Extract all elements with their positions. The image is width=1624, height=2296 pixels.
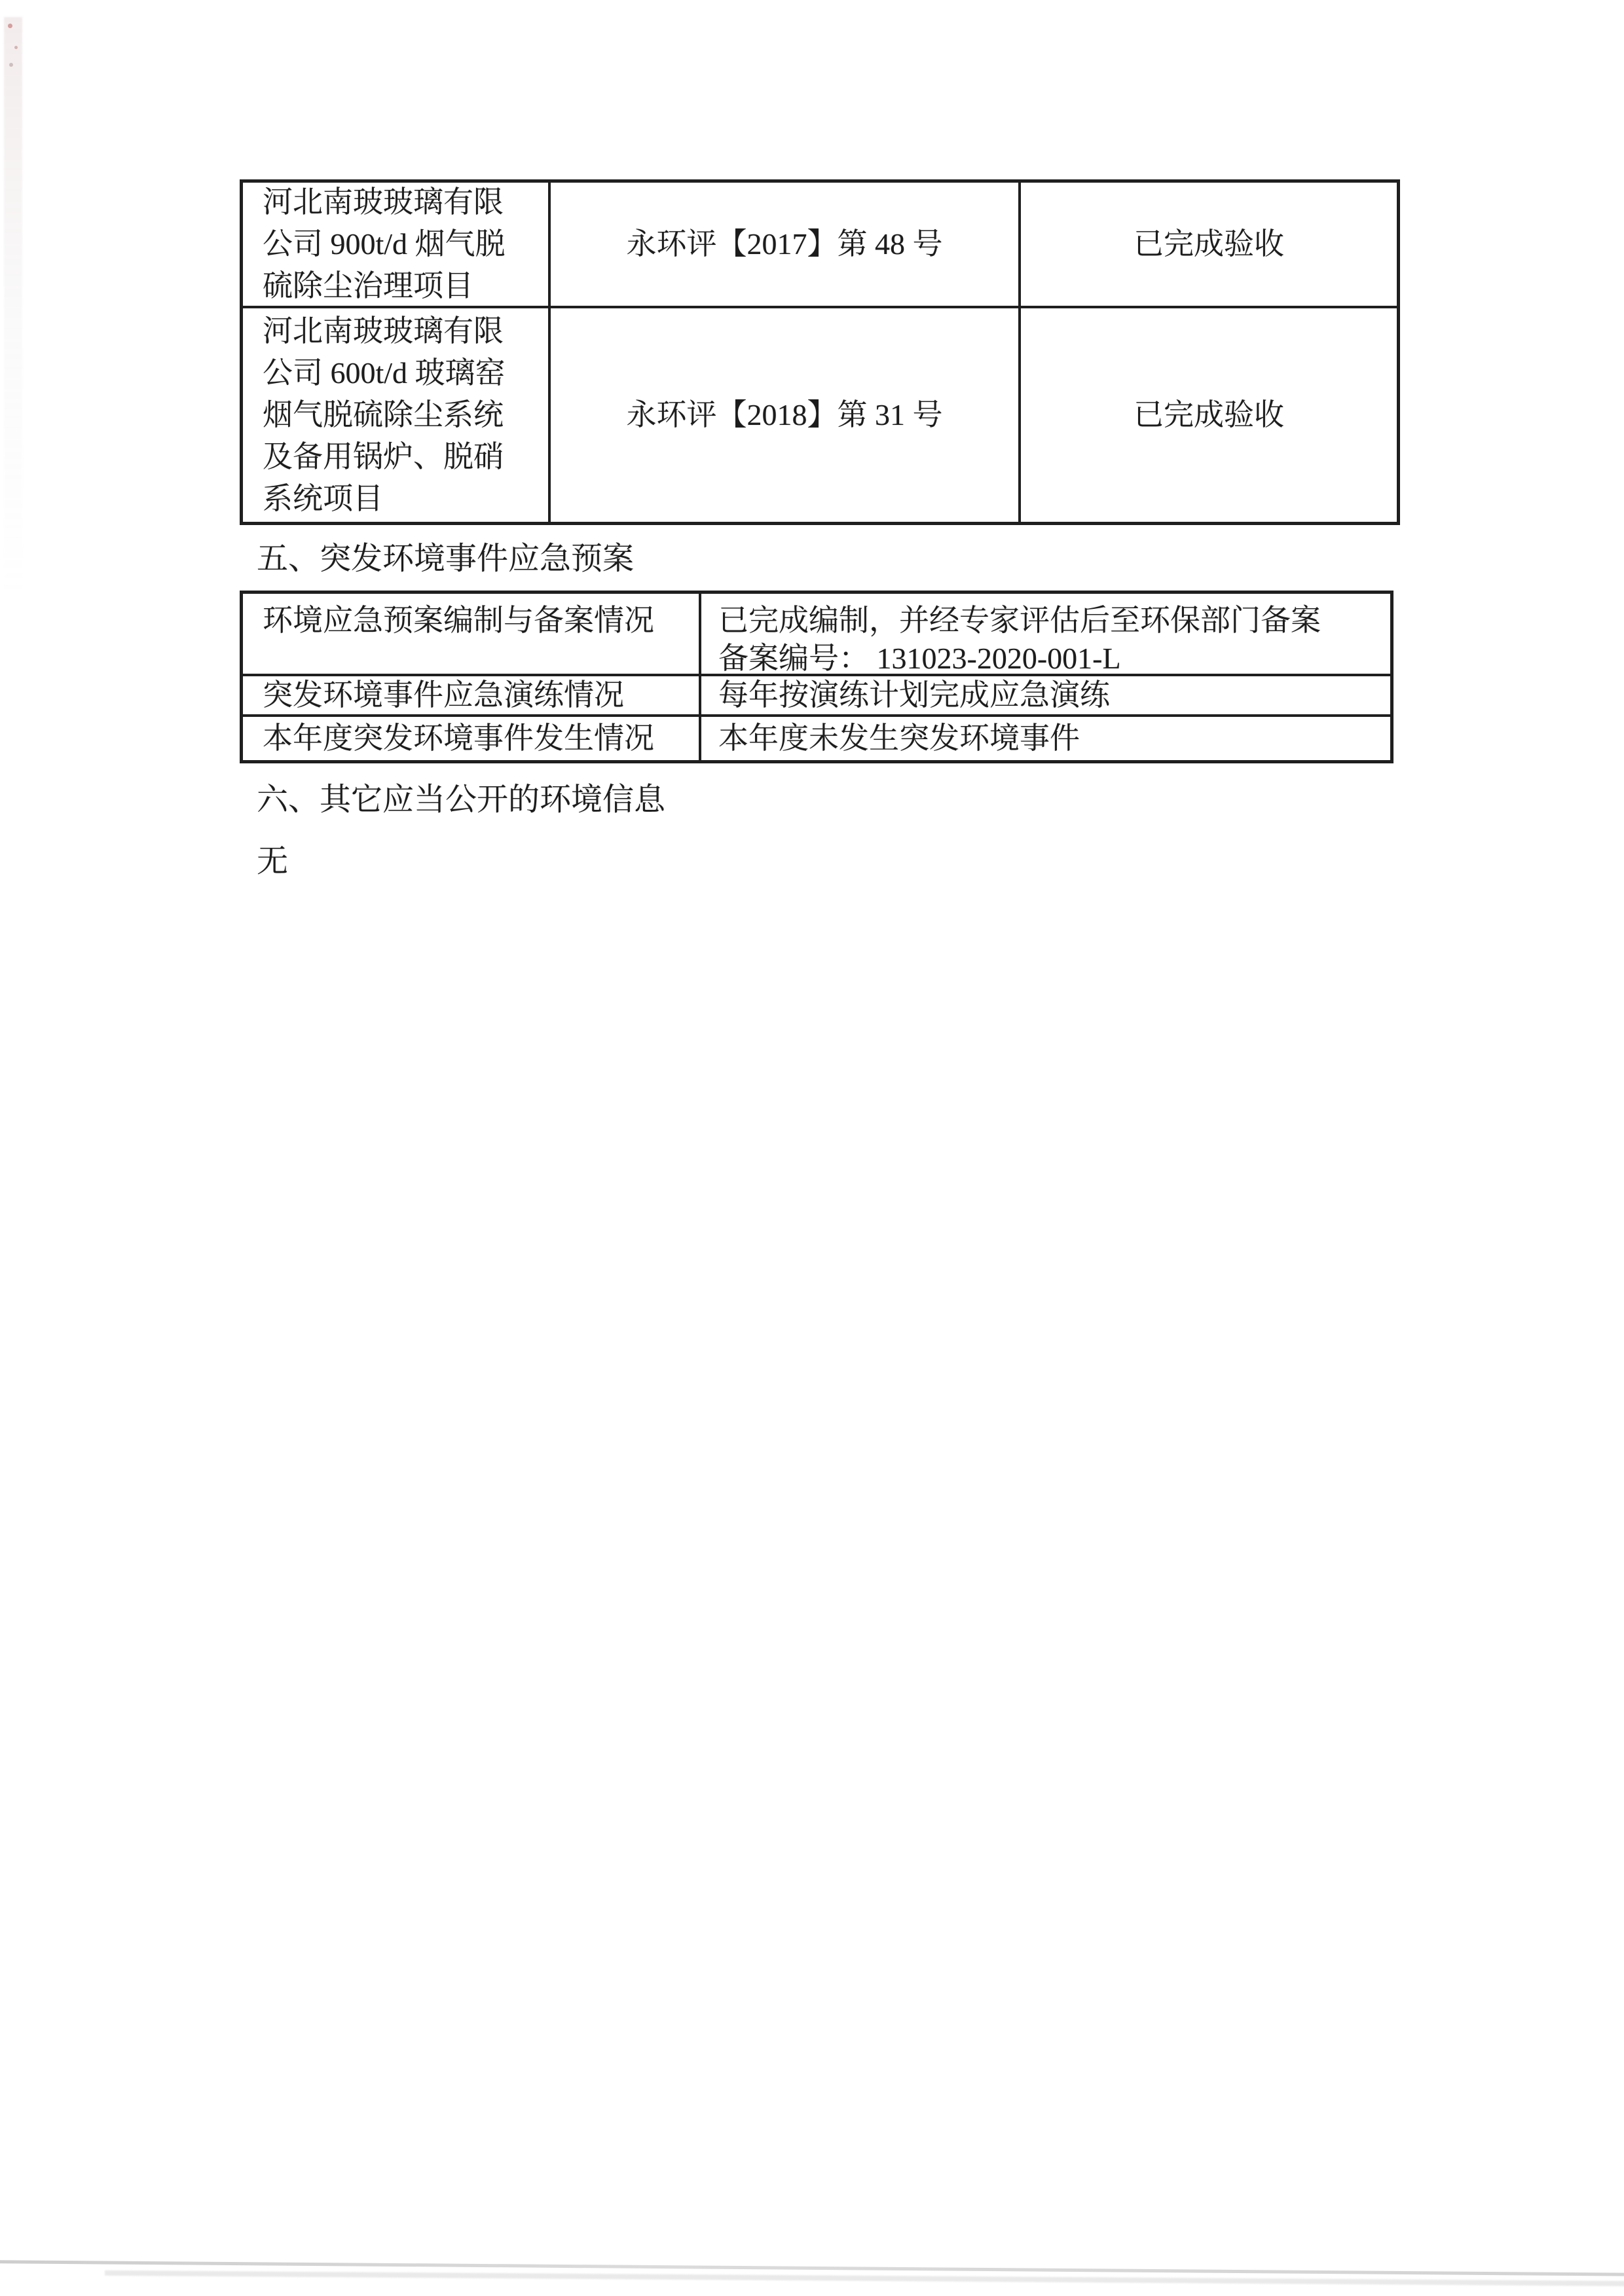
emergency-value-line: 已完成编制，并经专家评估后至环保部门备案	[718, 602, 1390, 640]
emergency-row-value: 已完成编制，并经专家评估后至环保部门备案 备案编号： 131023-2020-0…	[701, 594, 1390, 676]
document-page: 河北南玻玻璃有限公司 900t/d 烟气脱硫除尘治理项目 永环评【2017】第 …	[0, 0, 1624, 2296]
project-name-text: 河北南玻玻璃有限公司 600t/d 玻璃窑烟气脱硫除尘系统及备用锅炉、脱硝系统项…	[263, 310, 507, 520]
scan-speck	[8, 24, 12, 28]
project-approval-table: 河北南玻玻璃有限公司 900t/d 烟气脱硫除尘治理项目 永环评【2017】第 …	[240, 179, 1400, 525]
scan-speck	[14, 46, 18, 49]
emergency-row-label: 环境应急预案编制与备案情况	[243, 594, 701, 676]
project-name-text: 河北南玻玻璃有限公司 900t/d 烟气脱硫除尘治理项目	[263, 181, 507, 307]
approval-number-cell: 永环评【2018】第 31 号	[551, 308, 1021, 522]
acceptance-status-cell: 已完成验收	[1021, 183, 1397, 308]
acceptance-status-cell: 已完成验收	[1021, 308, 1397, 522]
approval-number-cell: 永环评【2017】第 48 号	[551, 183, 1021, 308]
emergency-row-value: 每年按演练计划完成应急演练	[701, 676, 1390, 717]
emergency-row-label: 本年度突发环境事件发生情况	[243, 717, 701, 760]
section-five-heading: 五、突发环境事件应急预案	[257, 541, 634, 577]
emergency-value-line: 备案编号： 131023-2020-001-L	[718, 640, 1390, 678]
project-name-cell: 河北南玻玻璃有限公司 600t/d 玻璃窑烟气脱硫除尘系统及备用锅炉、脱硝系统项…	[243, 308, 551, 522]
emergency-row-label: 突发环境事件应急演练情况	[243, 676, 701, 717]
scan-speck	[9, 63, 13, 67]
emergency-plan-table: 环境应急预案编制与备案情况 已完成编制，并经专家评估后至环保部门备案 备案编号：…	[240, 591, 1393, 763]
section-six-content: 无	[257, 843, 288, 880]
scan-edge-noise	[4, 17, 22, 593]
emergency-row-value: 本年度未发生突发环境事件	[701, 717, 1390, 760]
project-name-cell: 河北南玻玻璃有限公司 900t/d 烟气脱硫除尘治理项目	[243, 183, 551, 308]
section-six-heading: 六、其它应当公开的环境信息	[257, 782, 665, 818]
